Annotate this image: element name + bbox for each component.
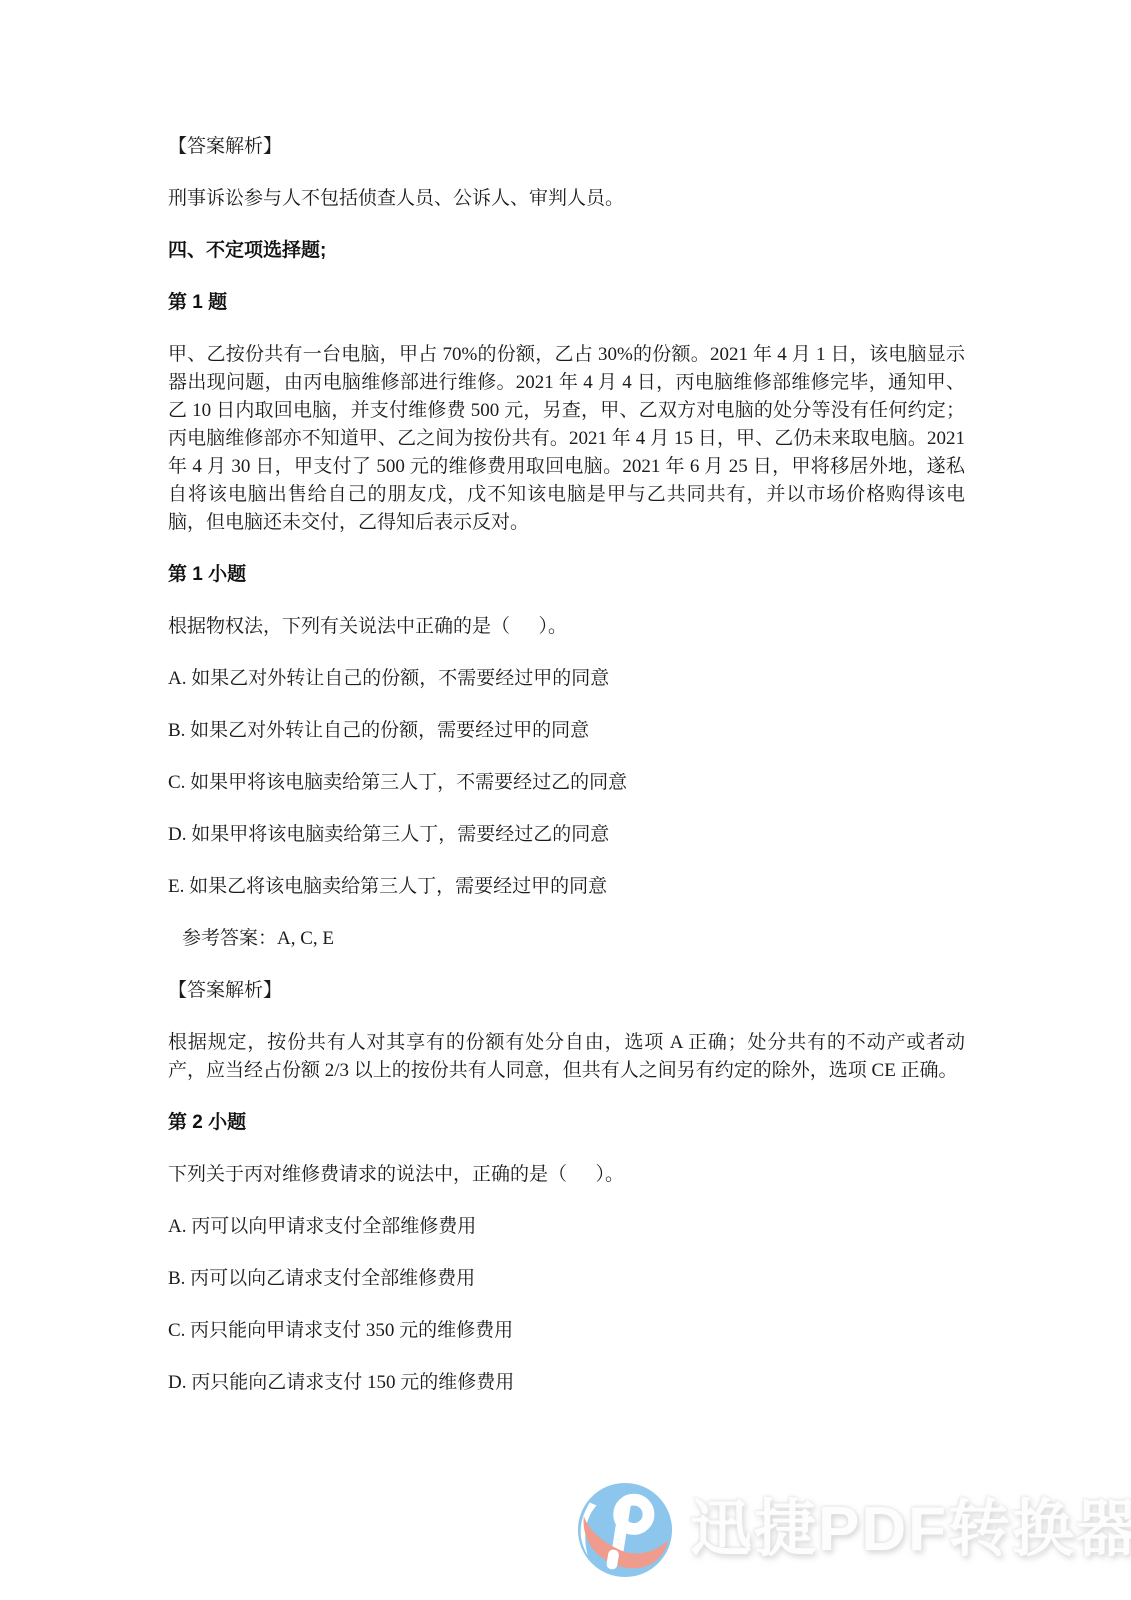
subquestion-prompt: 根据物权法，下列有关说法中正确的是（ ）。: [168, 613, 965, 641]
answer-analysis-label: 【答案解析】: [168, 977, 965, 1005]
watermark: 迅捷PDF转换器: [576, 1480, 1131, 1580]
answer-analysis-label: 【答案解析】: [168, 133, 965, 161]
document-page: 【答案解析】刑事诉讼参与人不包括侦查人员、公诉人、审判人员。四、不定项选择题;第…: [0, 0, 1131, 1600]
option-b: B. 丙可以向乙请求支付全部维修费用: [168, 1265, 965, 1293]
watermark-text: 迅捷PDF转换器: [690, 1481, 1131, 1579]
option-d: D. 丙只能向乙请求支付 150 元的维修费用: [168, 1369, 965, 1397]
option-e: E. 如果乙将该电脑卖给第三人丁，需要经过甲的同意: [168, 873, 965, 901]
option-d: D. 如果甲将该电脑卖给第三人丁，需要经过乙的同意: [168, 821, 965, 849]
option-c: C. 如果甲将该电脑卖给第三人丁，不需要经过乙的同意: [168, 769, 965, 797]
question-heading: 第 1 题: [168, 289, 965, 317]
section-heading: 四、不定项选择题;: [168, 237, 965, 265]
question-stem: 甲、乙按份共有一台电脑，甲占 70%的份额，乙占 30%的份额。2021 年 4…: [168, 341, 965, 537]
subquestion-heading: 第 1 小题: [168, 561, 965, 589]
subquestion-prompt: 下列关于丙对维修费请求的说法中，正确的是（ ）。: [168, 1161, 965, 1189]
option-a: A. 丙可以向甲请求支付全部维修费用: [168, 1213, 965, 1241]
document-content: 【答案解析】刑事诉讼参与人不包括侦查人员、公诉人、审判人员。四、不定项选择题;第…: [168, 133, 965, 1421]
option-b: B. 如果乙对外转让自己的份额，需要经过甲的同意: [168, 717, 965, 745]
subquestion-heading: 第 2 小题: [168, 1109, 965, 1137]
analysis-text: 根据规定，按份共有人对其享有的份额有处分自由，选项 A 正确；处分共有的不动产或…: [168, 1029, 965, 1085]
option-a: A. 如果乙对外转让自己的份额，不需要经过甲的同意: [168, 665, 965, 693]
analysis-text: 刑事诉讼参与人不包括侦查人员、公诉人、审判人员。: [168, 185, 965, 213]
option-c: C. 丙只能向甲请求支付 350 元的维修费用: [168, 1317, 965, 1345]
pdf-converter-logo-icon: [576, 1481, 674, 1579]
reference-answer: 参考答案：A, C, E: [168, 925, 965, 953]
